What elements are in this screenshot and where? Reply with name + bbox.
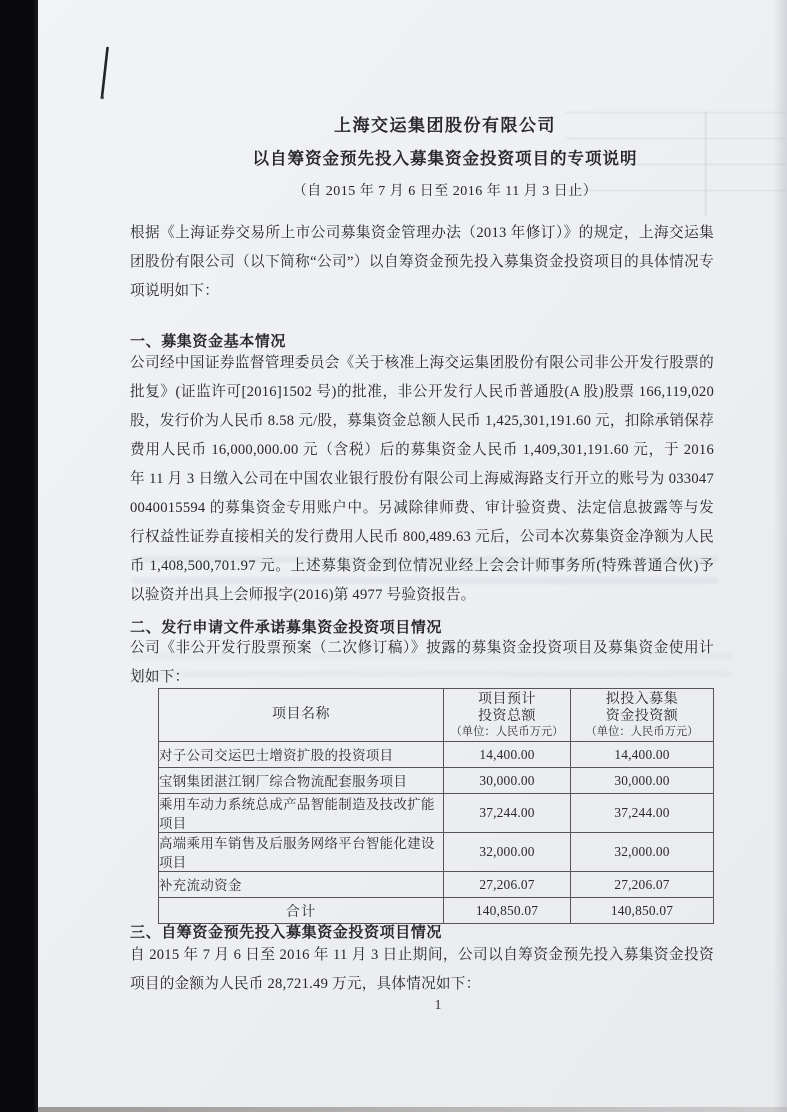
header-project-name: 项目名称 [159, 689, 444, 742]
raised-amount-cell: 32,000.00 [571, 833, 714, 872]
section1-body: 公司经中国证券监督管理委员会《关于核准上海交运集团股份有限公司非公开发行股票的批… [130, 349, 714, 610]
planned-amount-cell: 32,000.00 [444, 833, 571, 872]
section3-body: 自 2015 年 7 月 6 日至 2016 年 11 月 3 日止期间，公司以… [130, 941, 714, 999]
table-total-row: 合计 140,850.07 140,850.07 [159, 898, 714, 924]
header-planned-line2: 投资总额 [446, 709, 568, 726]
scanner-black-band [0, 0, 38, 1112]
scan-bottom-edge [38, 1107, 787, 1112]
header-planned-unit: （单位：人民币万元） [446, 725, 568, 739]
intro-paragraph: 根据《上海证券交易所上市公司募集资金管理办法（2013 年修订）》的规定，上海交… [130, 219, 714, 306]
project-name-cell: 宝钢集团湛江钢厂综合物流配套服务项目 [159, 768, 444, 794]
table-row: 宝钢集团湛江钢厂综合物流配套服务项目 30,000.00 30,000.00 [159, 768, 714, 794]
planned-amount-cell: 27,206.07 [444, 872, 571, 898]
header-planned-total: 项目预计 投资总额 （单位：人民币万元） [444, 689, 571, 742]
table-row: 乘用车动力系统总成产品智能制造及技改扩能项目 37,244.00 37,244.… [159, 794, 714, 833]
total-raised-cell: 140,850.07 [571, 898, 714, 924]
raised-amount-cell: 30,000.00 [571, 768, 714, 794]
project-name-cell: 高端乘用车销售及后服务网络平台智能化建设项目 [159, 833, 444, 872]
header-planned-line1: 项目预计 [446, 692, 568, 709]
project-name-cell: 乘用车动力系统总成产品智能制造及技改扩能项目 [159, 794, 444, 833]
header-raised-unit: （单位：人民币万元） [573, 725, 711, 739]
table-row: 高端乘用车销售及后服务网络平台智能化建设项目 32,000.00 32,000.… [159, 833, 714, 872]
section2-body: 公司《非公开发行股票预案（二次修订稿）》披露的募集资金投资项目及募集资金使用计划… [130, 634, 714, 692]
project-name-cell: 补充流动资金 [159, 872, 444, 898]
section3-heading: 三、自筹资金预先投入募集资金投资项目情况 [130, 921, 442, 942]
raised-amount-cell: 37,244.00 [571, 794, 714, 833]
header-raised-line1: 拟投入募集 [573, 692, 711, 709]
header-project-name-label: 项目名称 [161, 707, 441, 724]
raised-amount-cell: 27,206.07 [571, 872, 714, 898]
scanned-document-page: 上海交运集团股份有限公司 以自筹资金预先投入募集资金投资项目的专项说明 （自 2… [0, 0, 787, 1112]
scan-right-edge-shade [773, 0, 787, 1112]
fund-usage-table: 项目名称 项目预计 投资总额 （单位：人民币万元） 拟投入募集 资金投资额 （单… [158, 688, 714, 924]
table-header-row: 项目名称 项目预计 投资总额 （单位：人民币万元） 拟投入募集 资金投资额 （单… [159, 689, 714, 742]
section1-heading: 一、募集资金基本情况 [130, 330, 286, 351]
planned-amount-cell: 14,400.00 [444, 742, 571, 768]
table-row: 补充流动资金 27,206.07 27,206.07 [159, 872, 714, 898]
doc-date-range: （自 2015 年 7 月 6 日至 2016 年 11 月 3 日止） [115, 180, 775, 200]
page-number: 1 [146, 997, 730, 1013]
header-raised-invest: 拟投入募集 资金投资额 （单位：人民币万元） [571, 689, 714, 742]
planned-amount-cell: 37,244.00 [444, 794, 571, 833]
total-planned-cell: 140,850.07 [444, 898, 571, 924]
planned-amount-cell: 30,000.00 [444, 768, 571, 794]
project-name-cell: 对子公司交运巴士增资扩股的投资项目 [159, 742, 444, 768]
pen-stroke-mark [97, 43, 113, 103]
doc-title-company: 上海交运集团股份有限公司 [115, 111, 775, 136]
raised-amount-cell: 14,400.00 [571, 742, 714, 768]
table-row: 对子公司交运巴士增资扩股的投资项目 14,400.00 14,400.00 [159, 742, 714, 768]
header-raised-line2: 资金投资额 [573, 709, 711, 726]
total-label-cell: 合计 [159, 898, 444, 924]
doc-title-subject: 以自筹资金预先投入募集资金投资项目的专项说明 [115, 145, 775, 169]
